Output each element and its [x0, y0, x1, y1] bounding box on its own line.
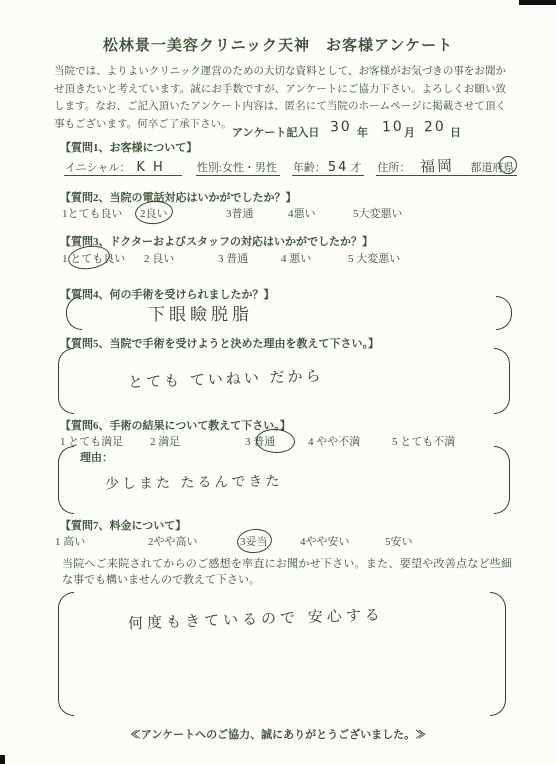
- q2-option-1: 1とても良い: [62, 205, 123, 221]
- q6-option-4: 4 やや不満: [308, 433, 360, 449]
- date-month-value: 10: [382, 119, 404, 136]
- q6-reason-label: 理由：: [80, 449, 113, 465]
- feedback-bracket-left: [58, 592, 74, 716]
- feedback-prompt: 当院へご来院されてからのご感想を率直にお聞かせ下さい。また、要望や改善点など些細…: [62, 556, 512, 588]
- date-year-suffix: 年: [357, 124, 368, 140]
- date-year-value: 30: [330, 119, 352, 136]
- feedback-handwritten-answer: 何度もきているので 安心する: [128, 604, 384, 634]
- initial-field: イニシャル：K H: [64, 162, 182, 176]
- page-title: 松林景一美容クリニック天神 お客様アンケート: [0, 34, 556, 55]
- age-suffix: 才: [350, 162, 361, 174]
- initial-handwritten-value: K H: [130, 160, 178, 175]
- q7-header: 【質問7、料金について】: [60, 517, 186, 533]
- q3-header: 【質問3、ドクターおよびスタッフの対応はいかがでしたか？】: [60, 233, 373, 249]
- survey-date-row: アンケート記入日 30 年 10 月 20 日: [0, 121, 556, 141]
- q2-option-3: 3普通: [226, 205, 254, 221]
- q5-answer-bracket-right: [494, 348, 510, 414]
- age-field: 年齢：54才: [292, 162, 365, 176]
- initial-label: イニシャル：: [65, 162, 130, 174]
- date-label: アンケート記入日: [232, 124, 319, 140]
- q4-answer-bracket-right: [496, 296, 512, 330]
- q7-option-3: 3妥当: [240, 533, 268, 549]
- gender-field: 性別:女性・男性: [196, 162, 280, 176]
- q2-header: 【質問2、当院の電話対応はいかがでしたか？】: [60, 189, 297, 205]
- q1-fields-row: イニシャル：K H性別:女性・男性年齢：54才住所：福岡都道府県: [64, 155, 544, 179]
- q4-handwritten-answer: 下眼瞼脱脂: [148, 300, 253, 325]
- scan-artifact-top-right: [519, 0, 556, 5]
- q7-option-5: 5安い: [385, 533, 413, 549]
- age-handwritten-value: 54: [326, 160, 351, 175]
- q7-option-2: 2やや高い: [148, 533, 198, 549]
- q6-option-5: 5 とても不満: [392, 433, 455, 449]
- q6-reason-bracket-right: [494, 446, 510, 514]
- q1-header: 【質問1、お客様について】: [60, 139, 197, 155]
- q3-option-4: 4 悪い: [281, 250, 311, 266]
- q5-answer-bracket-left: [58, 348, 74, 414]
- date-day-suffix: 日: [450, 124, 461, 140]
- q2-option-2: 2良い: [140, 205, 168, 221]
- q6-reason-bracket-left: [58, 446, 74, 514]
- q7-options-row: 1 高い 2やや高い 3妥当 4やや安い 5安い: [0, 533, 556, 551]
- date-day-value: 20: [424, 119, 446, 136]
- q7-option-4: 4やや安い: [300, 533, 350, 549]
- q3-option-3: 3 普通: [218, 250, 248, 266]
- q3-options-row: 1 とても良い 2 良い 3 普通 4 悪い 5 大変悪い: [0, 250, 556, 268]
- q3-option-1: 1 とても良い: [62, 250, 125, 266]
- q6-header: 【質問6、手術の結果について教えて下さい。】: [60, 417, 291, 433]
- address-field: 住所：福岡都道府県: [376, 162, 517, 176]
- closing-thanks: ≪アンケートへのご協力、誠にありがとうございました。≫: [0, 726, 556, 742]
- scan-artifact-bottom-left: [0, 755, 5, 764]
- feedback-bracket-right: [490, 592, 506, 716]
- q3-option-5: 5 大変悪い: [348, 250, 400, 266]
- q6-option-2: 2 満足: [150, 433, 180, 449]
- q5-header: 【質問5、当院で手術を受けようと決めた理由を教えて下さい。】: [60, 335, 379, 351]
- address-suffix: 都道府県: [470, 159, 514, 175]
- q5-handwritten-answer: とても ていねい だから: [128, 365, 324, 393]
- address-label: 住所：: [377, 162, 410, 174]
- q6-handwritten-reason: 少しまた たるんできた: [105, 470, 283, 493]
- age-label: 年齢：: [293, 162, 326, 174]
- address-handwritten-value: 福岡: [410, 154, 471, 177]
- q3-option-2: 2 良い: [144, 250, 174, 266]
- q6-option-3: 3 普通: [245, 433, 275, 449]
- q2-option-5: 5大変悪い: [353, 205, 403, 221]
- q2-options-row: 1とても良い 2良い 3普通 4悪い 5大変悪い: [0, 205, 556, 223]
- q2-option-4: 4悪い: [288, 205, 316, 221]
- gender-label: 性別:女性・男性: [197, 162, 277, 174]
- survey-sheet: 松林景一美容クリニック天神 お客様アンケート 当院では、よりよいクリニック運営の…: [0, 0, 556, 764]
- date-month-suffix: 月: [404, 124, 415, 140]
- q7-option-1: 1 高い: [55, 533, 85, 549]
